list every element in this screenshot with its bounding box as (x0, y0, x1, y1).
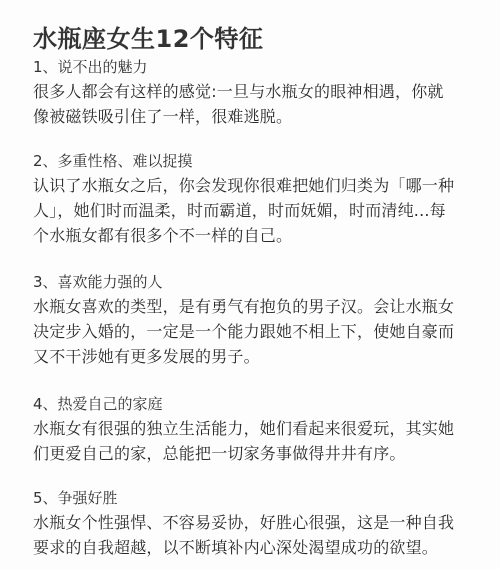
article-page: 水瓶座女生12个特征 1、说不出的魅力 很多人都会有这样的感觉:一旦与水瓶女的眼… (0, 0, 500, 569)
section-4: 4、热爱自己的家庭 水瓶女有很强的独立生活能力，她们看起来很爱玩，其实她 们更爱… (33, 392, 473, 466)
page-title: 水瓶座女生12个特征 (33, 19, 263, 54)
section-body-line: 人」，她们时而温柔，时而霸道，时而妩媚，时而清纯...每 (33, 198, 473, 223)
section-5: 5、争强好胜 水瓶女个性强悍、不容易妥协，好胜心很强，这是一种自我 要求的自我超… (33, 486, 473, 560)
section-heading: 3、喜欢能力强的人 (33, 270, 473, 294)
section-body-line: 个水瓶女都有很多个不一样的自己。 (33, 223, 473, 248)
section-body-line: 要求的自我超越，以不断填补内心深处渴望成功的欲望。 (33, 535, 473, 560)
section-heading: 1、说不出的魅力 (33, 55, 473, 79)
section-body-line: 们更爱自己的家，总能把一切家务事做得井井有序。 (33, 441, 473, 466)
section-body-line: 决定步入婚的，一定是一个能力跟她不相上下，使她自豪而 (33, 319, 473, 344)
section-heading: 4、热爱自己的家庭 (33, 392, 473, 416)
section-body-line: 水瓶女喜欢的类型，是有勇气有抱负的男子汉。会让水瓶女 (33, 294, 473, 319)
section-body-line: 像被磁铁吸引住了一样，很难逃脱。 (33, 104, 473, 129)
section-heading: 2、多重性格、难以捉摸 (33, 149, 473, 173)
section-body-line: 又不干涉她有更多发展的男子。 (33, 344, 473, 369)
section-1: 1、说不出的魅力 很多人都会有这样的感觉:一旦与水瓶女的眼神相遇，你就 像被磁铁… (33, 55, 473, 129)
section-body-line: 认识了水瓶女之后，你会发现你很难把她们归类为「哪一种 (33, 173, 473, 198)
section-body-line: 很多人都会有这样的感觉:一旦与水瓶女的眼神相遇，你就 (33, 79, 473, 104)
section-heading: 5、争强好胜 (33, 486, 473, 510)
section-body-line: 水瓶女个性强悍、不容易妥协，好胜心很强，这是一种自我 (33, 510, 473, 535)
section-body-line: 水瓶女有很强的独立生活能力，她们看起来很爱玩，其实她 (33, 416, 473, 441)
section-2: 2、多重性格、难以捉摸 认识了水瓶女之后，你会发现你很难把她们归类为「哪一种 人… (33, 149, 473, 248)
section-3: 3、喜欢能力强的人 水瓶女喜欢的类型，是有勇气有抱负的男子汉。会让水瓶女 决定步… (33, 270, 473, 369)
